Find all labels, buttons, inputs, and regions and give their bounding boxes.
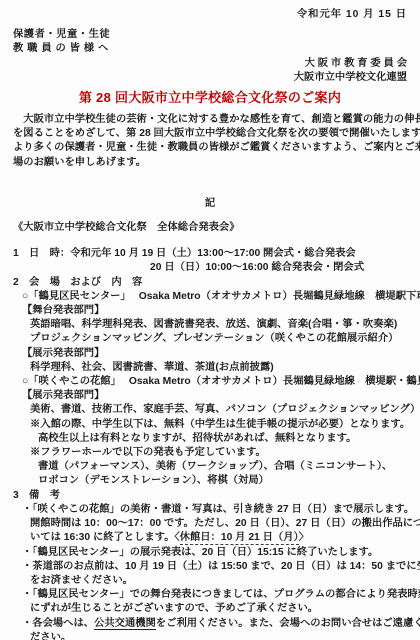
admission-note-line: 高校生以上は有料となりますが、招待状があれば、無料となります。 [38,432,407,446]
recipient-line: 教 職 員 の 皆 様 へ [13,42,407,56]
remark-line: にずれが生じることがございますので、予めご了承ください。 [30,602,407,616]
remark-line: ・「鶴見区民センター」での舞台発表につきましては、プログラムの都合により発表時刻 [22,588,407,602]
remark-line: ださい。 [30,631,407,640]
venue1-name: ○「鶴見区民センター」 [22,291,131,302]
remark-line: をお済ませください。 [30,574,407,588]
remarks-heading: 3 備 考 [13,489,407,503]
exhibit-section-header: 【展示発表部門】 [22,347,407,361]
issue-date: 令和元年 10 月 15 日 [13,8,407,22]
flower-hall-note: ※フラワーホールで以下の発表も予定しています。 [30,446,407,460]
sender-block: 大 阪 市 教 育 委 員 会 大阪市立中学校文化連盟 [13,57,407,85]
intro-line: 大阪市立中学校生徒の芸術・文化に対する豊かな感性を育て、創造と鑑賞の能力の伸長 [13,113,407,127]
venue1-access: Osaka Metro（オオサカメトロ）長堀鶴見緑地線 横堤駅下車 [139,291,420,302]
schedule-day2: 20 日（日）10:00～16:00 総合発表会・閉会式 [150,261,407,275]
stage-item-line: 英語暗唱、科学理科発表、図書読書発表、放送、演劇、音楽(合唱・箏・吹奏楽) [30,318,407,332]
remark-line: ・各会場へは、公共交通機関をご利用ください。また、会場へのお問い合せはご遠慮く [22,617,407,631]
remark-line: ・「咲くやこの花館」の美術・書道・写真は、引き続き 27 日（日）まで展示します… [22,503,407,517]
remark-line: 開館時間は 10：00～17：00 です。ただし、20 日（日）、27 日（日）… [30,517,407,531]
sender-line: 大阪市立中学校文化連盟 [13,71,407,85]
document-page: 令和元年 10 月 15 日 保護者・児童・生徒 教 職 員 の 皆 様 へ 大… [0,0,420,640]
remark-text: をご利用ください。また、会場へのお問い合せはご遠慮く [156,618,420,629]
remark-line: ・茶道部のお点前は、10 月 19 日（土）は 15:50 まで、20 日（日）… [22,560,407,574]
intro-line: を図ることをめざして、第 28 回大阪市立中学校総合文化祭を次の要領で開催いたし… [13,127,407,141]
sender-line: 大 阪 市 教 育 委 員 会 [13,57,407,71]
venue1-title-line: ○「鶴見区民センター」Osaka Metro（オオサカメトロ）長堀鶴見緑地線 横… [22,290,407,304]
remark-text: 〉 [299,532,309,543]
remark-text: ・各会場へは、 [22,618,94,629]
intro-paragraph: 大阪市立中学校生徒の芸術・文化に対する豊かな感性を育て、創造と鑑賞の能力の伸長 … [13,113,407,170]
public-transport-underline: 公共交通機関 [94,618,156,631]
flower-hall-item-line: 書道（パフォーマンス）、美術（ワークショップ）、合唱（ミニコンサート）、 [38,460,407,474]
closed-day-underline: 休館日：10 月 21 日（月） [180,532,299,545]
venue2-title-line: ○「咲くやこの花館」Osaka Metro（オオサカメトロ）長堀鶴見緑地線 横堤… [22,375,407,389]
exhibit-section-header: 【展示発表部門】 [22,389,407,403]
venue2-name: ○「咲くやこの花館」 [22,376,121,387]
venues-heading: 2 会 場 および 内 容 [13,276,407,290]
remark-line: いては 16:30 に終了とします。〈休館日：10 月 21 日（月）〉 [30,531,407,545]
record-marker: 記 [13,197,407,211]
exhibit-item-line: 美術、書道、技術工作、家庭手芸、写真、パソコン（プロジェクションマッピング） [30,403,407,417]
remark-line: ・「鶴見区民センター」の展示発表は、20 日（日）15:15 に終了いたします。 [22,546,407,560]
event-subtitle: 《大阪市立中学校総合文化祭 全体総合発表会》 [13,221,407,235]
exhibit-item-line: 科学理科、社会、図書読書、華道、茶道(お点前披露) [30,361,407,375]
remark-text: いては 16:30 に終了とします。〈 [30,532,180,543]
stage-item-line: プロジェクションマッピング、プレゼンテーション（咲くやこの花館展示紹介） [30,332,407,346]
recipient-line: 保護者・児童・生徒 [13,28,407,42]
intro-line: 場のお願いを申しあげます。 [13,156,407,170]
intro-line: より多くの保護者・児童・生徒・教職員の皆様がご鑑賞くださいますよう、ご案内とご来 [13,141,407,155]
admission-note-line: ※入館の際、中学生以下は、無料（中学生は生徒手帳の提示が必要）となります。 [30,418,407,432]
recipient-block: 保護者・児童・生徒 教 職 員 の 皆 様 へ [13,28,407,56]
stage-section-header: 【舞台発表部門】 [22,304,407,318]
flower-hall-item-line: ロボコン（デモンストレーション）、将棋（対局） [38,474,407,488]
schedule-heading: 1 日 時：令和元年 10 月 19 日（土）13:00～17:00 開会式・総… [13,247,407,261]
venue2-access: Osaka Metro（オオサカメトロ）長堀鶴見緑地線 横堤駅・鶴見緑地駅下車 [129,376,420,387]
document-title: 第 28 回大阪市立中学校総合文化祭のご案内 [13,89,407,106]
